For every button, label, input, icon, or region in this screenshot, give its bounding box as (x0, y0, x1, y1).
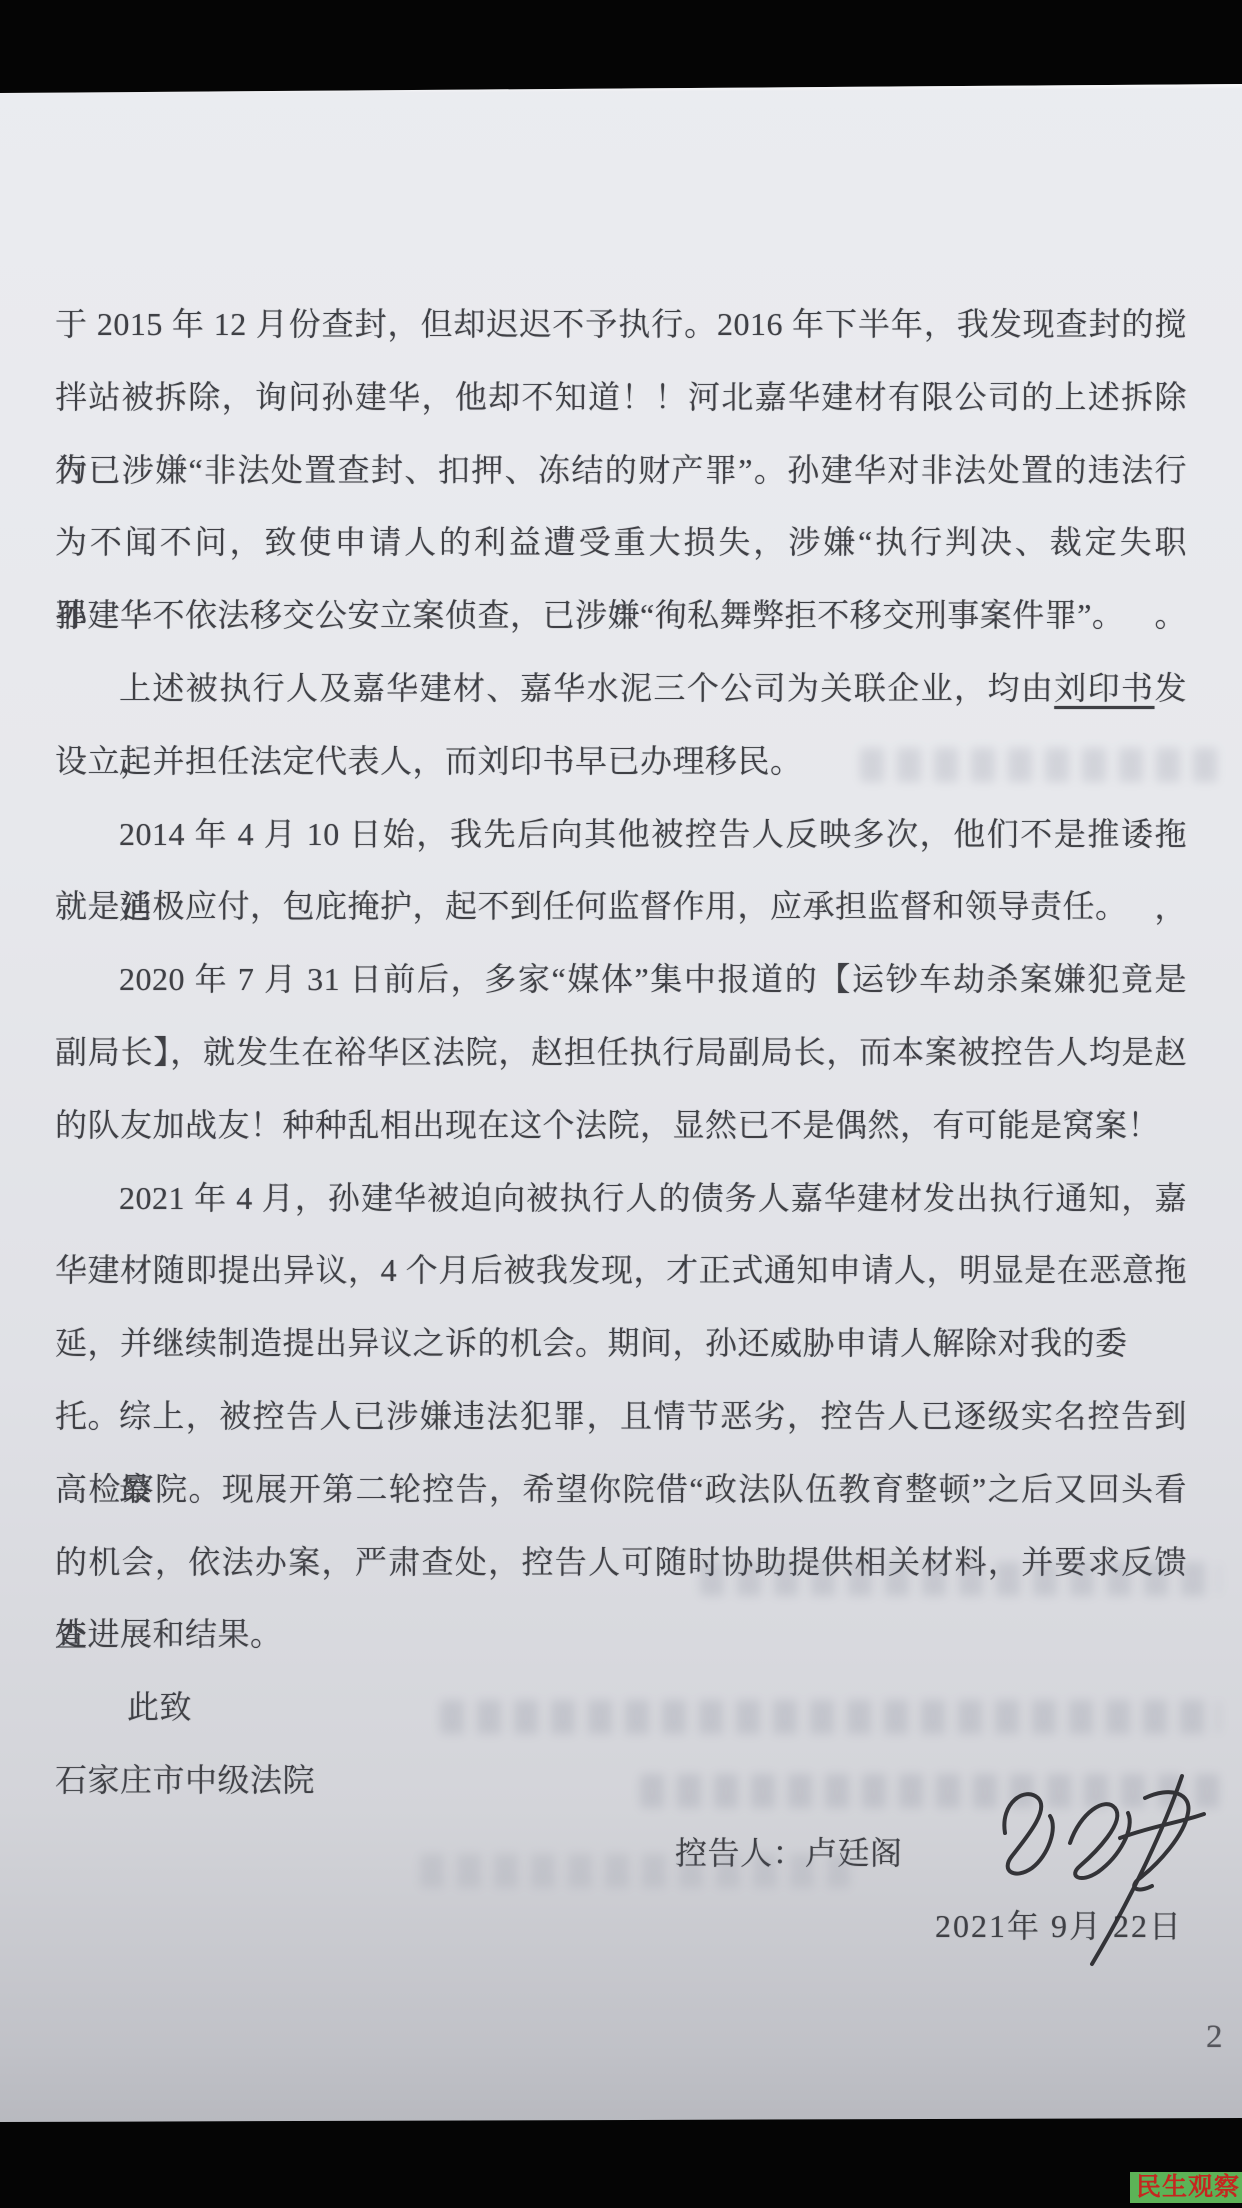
document-line: 于 2015 年 12 月份查封，但却迟迟不予执行。2016 年下半年，我发现查… (55, 288, 1187, 361)
handwritten-signature (930, 1768, 1230, 1980)
document-line: 2014 年 4 月 10 日始，我先后向其他被控告人反映多次，他们不是推诿拖延… (55, 798, 1187, 871)
underlined-name: 刘印书 (1054, 670, 1154, 706)
document-line: 的队友加战友！种种乱相出现在这个法院，显然已不是偶然，有可能是窝案！ (55, 1089, 1187, 1162)
document-line: 延，并继续制造提出异议之诉的机会。期间，孙还威胁申请人解除对我的委托。 (55, 1307, 1187, 1380)
document-line: 华建材随即提出异议，4 个月后被我发现，才正式通知申请人，明显是在恶意拖 (55, 1234, 1187, 1307)
bleed-through-ghost (700, 1562, 1220, 1596)
paper-sheet: 于 2015 年 12 月份查封，但却迟迟不予执行。2016 年下半年，我发现查… (0, 0, 1242, 2208)
document-line: 高检察院。现展开第二轮控告，希望你院借“政法队伍教育整顿”之后又回头看 (55, 1453, 1187, 1526)
photo-of-document: 于 2015 年 12 月份查封，但却迟迟不予执行。2016 年下半年，我发现查… (0, 0, 1242, 2208)
document-line: 拌站被拆除，询问孙建华，他却不知道！！河北嘉华建材有限公司的上述拆除行 (55, 361, 1187, 434)
document-line: 处进展和结果。 (55, 1598, 1187, 1671)
document-line: 孙建华不依法移交公安立案侦查，已涉嫌“徇私舞弊拒不移交刑事案件罪”。 (55, 579, 1187, 652)
bleed-through-ghost (860, 748, 1220, 782)
page-number: 2 (1206, 2012, 1242, 2062)
bleed-through-ghost (440, 1700, 1220, 1734)
document-line: 2021 年 4 月，孙建华被迫向被执行人的债务人嘉华建材发出执行通知，嘉 (55, 1162, 1187, 1235)
document-line: 为已涉嫌“非法处置查封、扣押、冻结的财产罪”。孙建华对非法处置的违法行 (55, 434, 1187, 507)
document-line: 就是消极应付，包庇掩护，起不到任何监督作用，应承担监督和领导责任。 (55, 870, 1187, 943)
document-line: 2020 年 7 月 31 日前后，多家“媒体”集中报道的【运钞车劫杀案嫌犯竟是 (55, 943, 1187, 1016)
watermark-minsheng-guancha: 民生观察 (1130, 2172, 1242, 2203)
document-line: 上述被执行人及嘉华建材、嘉华水泥三个公司为关联企业，均由刘印书发起 (55, 652, 1187, 725)
document-line: 副局长】，就发生在裕华区法院，赵担任执行局副局长，而本案被控告人均是赵 (55, 1016, 1187, 1089)
document-line: 综上，被控告人已涉嫌违法犯罪，且情节恶劣，控告人已逐级实名控告到最 (55, 1380, 1187, 1453)
document-line: 为不闻不问，致使申请人的利益遭受重大损失，涉嫌“执行判决、裁定失职罪”。 (55, 506, 1187, 579)
bleed-through-ghost (420, 1854, 850, 1888)
